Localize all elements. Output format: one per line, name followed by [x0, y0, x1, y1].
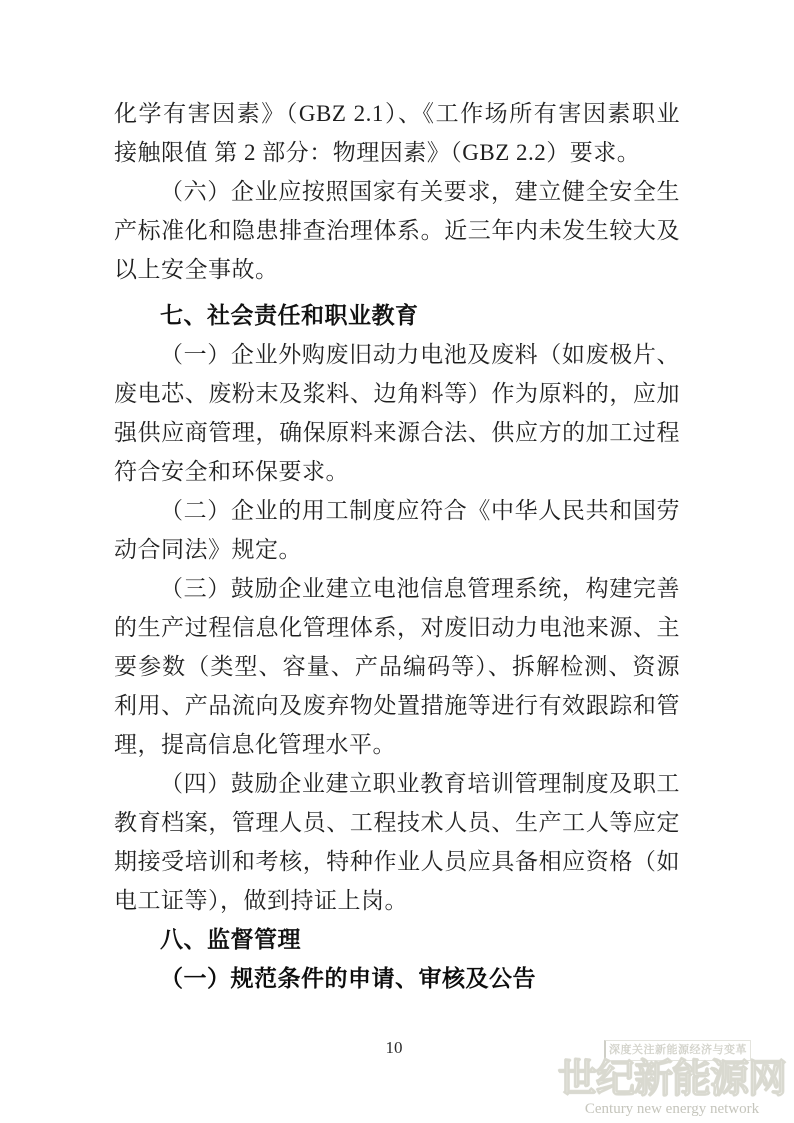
paragraph-item-2: （二）企业的用工制度应符合《中华人民共和国劳动合同法》规定。 — [114, 491, 680, 569]
paragraph-continued: 化学有害因素》（GBZ 2.1）、《工作场所有害因素职业接触限值 第 2 部分：… — [114, 94, 680, 172]
subsection-heading-1: （一）规范条件的申请、审核及公告 — [114, 959, 680, 998]
section-heading-7: 七、社会责任和职业教育 — [114, 296, 680, 335]
document-page: 化学有害因素》（GBZ 2.1）、《工作场所有害因素职业接触限值 第 2 部分：… — [0, 0, 794, 1123]
document-body: 化学有害因素》（GBZ 2.1）、《工作场所有害因素职业接触限值 第 2 部分：… — [114, 94, 680, 998]
paragraph-item-4: （四）鼓励企业建立职业教育培训管理制度及职工教育档案，管理人员、工程技术人员、生… — [114, 764, 680, 920]
paragraph-item-3: （三）鼓励企业建立电池信息管理系统，构建完善的生产过程信息化管理体系，对废旧动力… — [114, 569, 680, 764]
section-heading-8: 八、监督管理 — [114, 920, 680, 959]
paragraph-item-1: （一）企业外购废旧动力电池及废料（如废极片、废电芯、废粉末及浆料、边角料等）作为… — [114, 335, 680, 491]
paragraph-item-6: （六）企业应按照国家有关要求，建立健全安全生产标准化和隐患排查治理体系。近三年内… — [114, 172, 680, 289]
watermark-brand-logo: 世纪新能源网 — [556, 1057, 788, 1103]
watermark-brand-english: Century new energy network — [566, 1100, 778, 1118]
page-number: 10 — [0, 1036, 788, 1060]
